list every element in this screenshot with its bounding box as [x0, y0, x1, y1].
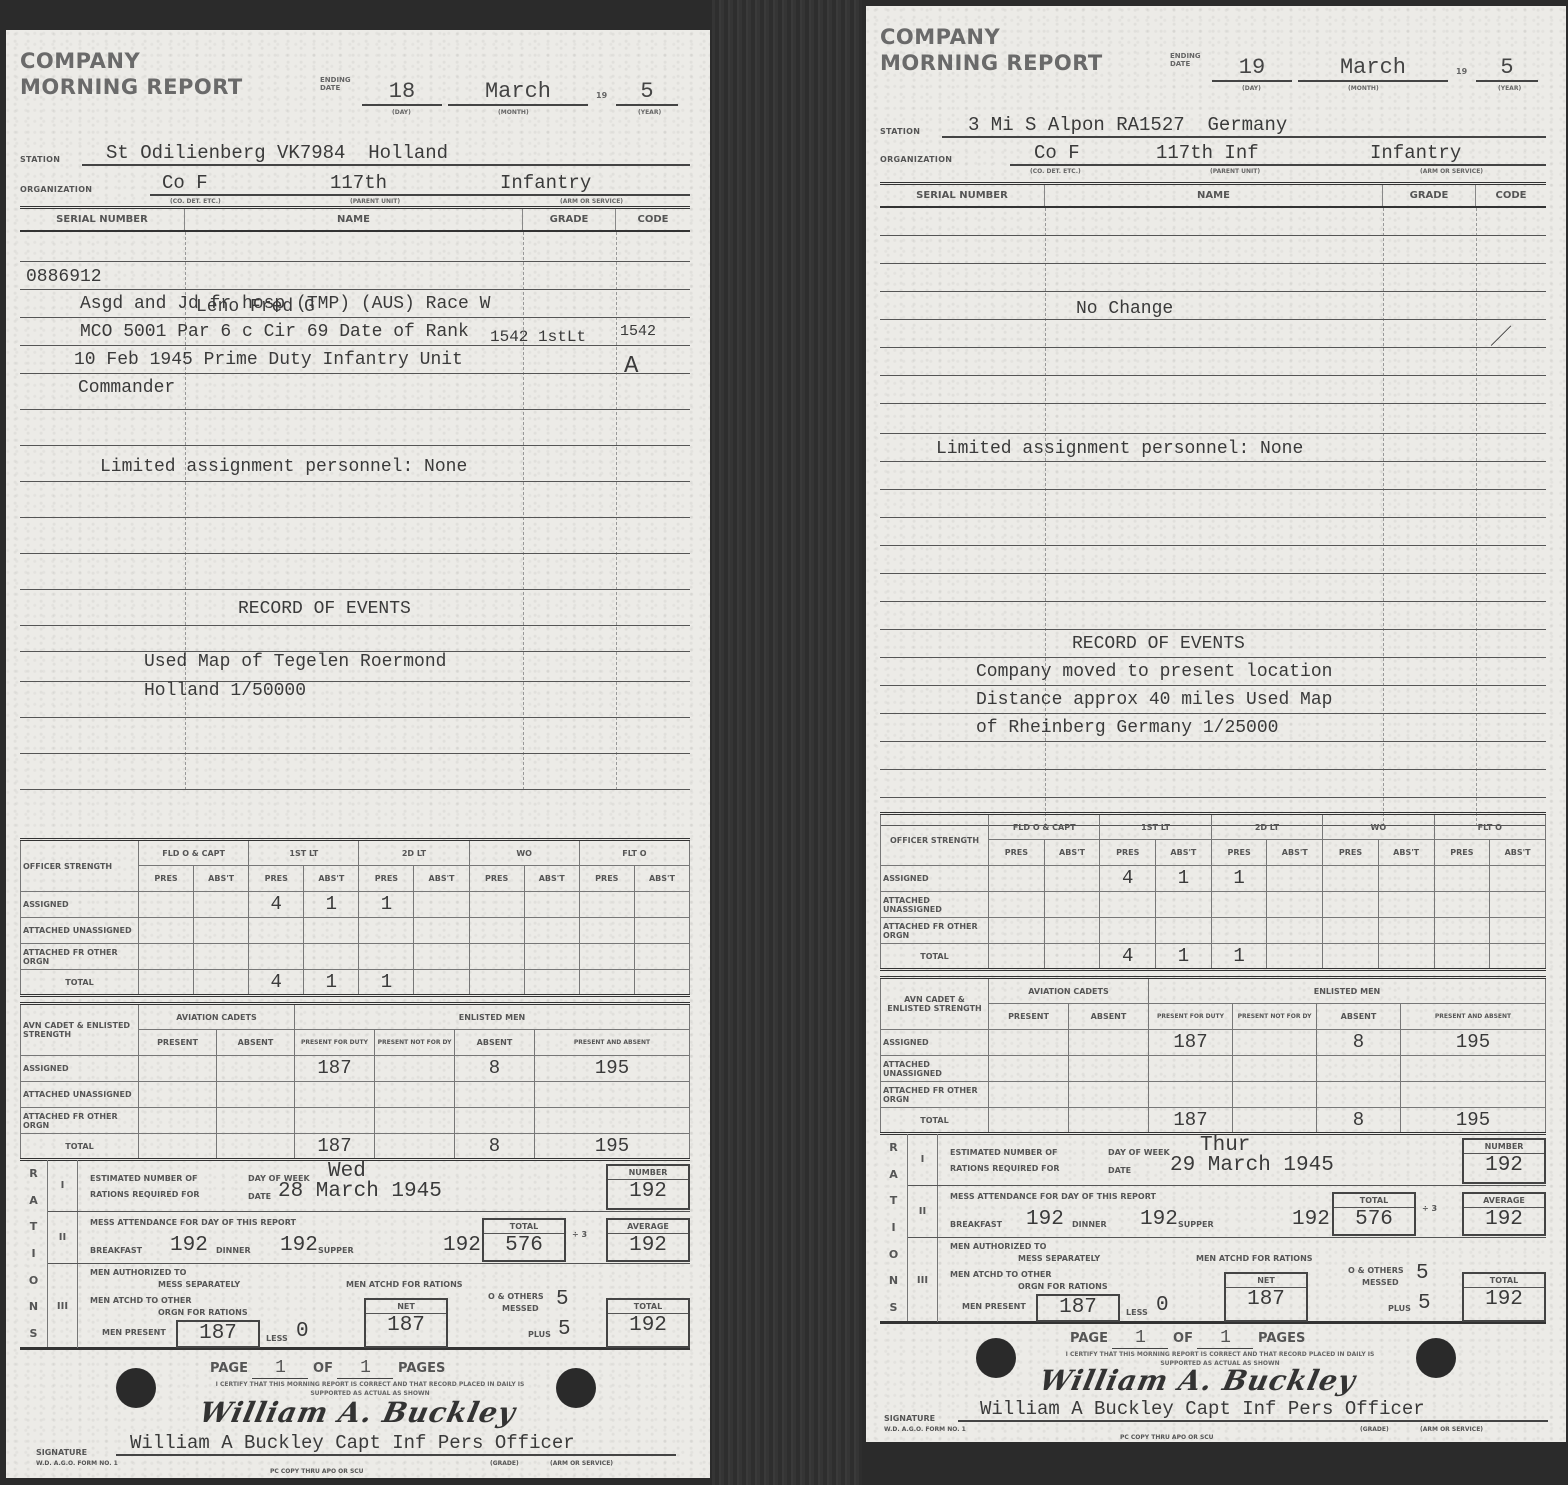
col-serial-number: SERIAL NUMBER [880, 185, 1045, 206]
form-title-line1: COMPANY [880, 24, 1546, 50]
ending-date-label: ENDING DATE [320, 76, 350, 92]
row-label: TOTAL [881, 944, 989, 970]
subcol: PRESENT [989, 1004, 1069, 1030]
record-of-events-title: RECORD OF EVENTS [238, 594, 411, 624]
rations-section-i: I ESTIMATED NUMBER OF RATIONS REQUIRED F… [908, 1134, 1546, 1186]
station-row: STATION St Odilienberg VK7984 Holland [20, 136, 690, 166]
station-value: 3 Mi S Alpon RA1527 Germany [942, 112, 1546, 138]
cell: 187 [1149, 1030, 1233, 1056]
col-grade: GRADE [1383, 185, 1476, 206]
organization-label: ORGANIZATION [880, 155, 952, 164]
row-label: ASSIGNED [881, 866, 989, 892]
mess-total-box: TOTAL 576 [1332, 1192, 1416, 1236]
rations-side-label: RATIONS [20, 1160, 48, 1347]
subcol: PRESENT [139, 1030, 217, 1056]
cell [1434, 944, 1490, 970]
officer-row-total: TOTAL 41 1 [881, 944, 1546, 970]
less-count: 0 [296, 1320, 309, 1343]
blank-row [880, 742, 1546, 770]
station-label: STATION [20, 155, 60, 164]
punch-hole [1416, 1338, 1456, 1378]
enlisted-row-attached-other: ATTACHED FR OTHER ORGN [21, 1108, 690, 1134]
cell [1267, 944, 1323, 970]
ending-year: 5 [1476, 54, 1538, 82]
org-arm-caption: (ARM OR SERVICE) [560, 198, 623, 205]
enlisted-strength-table: AVN CADET & ENLISTED STRENGTH AVIATION C… [20, 1002, 690, 1161]
subcol-abst: ABS'T [194, 866, 249, 892]
cell [1323, 866, 1379, 892]
entry-row: 0886912 Leno Fred G 1542 1stLt A [20, 232, 690, 262]
row-label: TOTAL [21, 970, 139, 996]
rations-total-box: TOTAL 192 [606, 1298, 690, 1348]
ending-day: 18 [362, 78, 442, 106]
cell [634, 970, 689, 996]
subcol-abst: ABS'T [1490, 840, 1546, 866]
row-label: ATTACHED FR OTHER ORGN [881, 1082, 989, 1108]
limited-assignment-row: Limited assignment personnel: None [20, 446, 690, 482]
group-fld-o-capt: FLD O & CAPT [139, 840, 249, 866]
event-row: Used Map of Tegelen Roermond [20, 626, 690, 652]
cell: 8 [1317, 1108, 1401, 1134]
blank-row [20, 554, 690, 590]
cell [1233, 1108, 1317, 1134]
subcol: PRESENT NOT FOR DY [1233, 1004, 1317, 1030]
entry-row: MCO 5001 Par 6 c Cir 69 Date of Rank [20, 290, 690, 318]
group-fld-o-capt: FLD O & CAPT [989, 814, 1100, 840]
blank-row [880, 434, 1546, 462]
subcol-pres: PRES [1100, 840, 1156, 866]
typed-signature: William A Buckley Capt Inf Pers Officer [116, 1432, 676, 1456]
col-code: CODE [1476, 185, 1546, 206]
punch-hole [976, 1338, 1016, 1378]
subcol-abst: ABS'T [1156, 840, 1212, 866]
cell [469, 892, 524, 918]
cell: 195 [535, 1056, 690, 1082]
officer-strength-table: OFFICER STRENGTH FLD O & CAPT 1ST LT 2D … [20, 838, 690, 997]
blank-row [20, 410, 690, 446]
page-count: PAGE 1 OF 1 PAGES [210, 1358, 445, 1379]
cell [1490, 944, 1546, 970]
cell [139, 1134, 217, 1160]
subcol-pres: PRES [1434, 840, 1490, 866]
cell: 1 [1156, 866, 1212, 892]
entry-row: Asgd and Jd fr hosp (TMP) (AUS) Race W 1… [20, 262, 690, 290]
col-name: NAME [185, 209, 523, 230]
officer-strength-table: OFFICER STRENGTH FLD O & CAPT 1ST LT 2D … [880, 812, 1546, 971]
org-unit: Co F [150, 170, 280, 196]
ending-date-label: ENDING DATE [1170, 52, 1200, 68]
cell: 195 [535, 1134, 690, 1160]
cell [1069, 1030, 1149, 1056]
rations-section-iii: III MEN AUTHORIZED TO MESS SEPARATELY ME… [908, 1238, 1546, 1322]
breakfast-count: 192 [1026, 1208, 1064, 1231]
blank-row [20, 682, 690, 718]
subcol-pres: PRES [469, 866, 524, 892]
station-row: STATION 3 Mi S Alpon RA1527 Germany [880, 108, 1546, 138]
organization-row: ORGANIZATION Co F 117th Infantry (CO. DE… [20, 166, 690, 196]
average-box: AVERAGE 192 [606, 1218, 690, 1262]
organization-row: ORGANIZATION Co F 117th Inf Infantry (CO… [880, 136, 1546, 166]
cell [634, 892, 689, 918]
rations-section-ii: II MESS ATTENDANCE FOR DAY OF THIS REPOR… [908, 1186, 1546, 1238]
row-label: TOTAL [21, 1134, 139, 1160]
cell [524, 970, 579, 996]
cell: 1 [1211, 944, 1267, 970]
group-flt-o: FLT O [1434, 814, 1546, 840]
less-count: 0 [1156, 1294, 1169, 1317]
aviation-cadets-label: AVIATION CADETS [989, 978, 1149, 1004]
month-caption: (MONTH) [1348, 85, 1379, 92]
group-flt-o: FLT O [579, 840, 689, 866]
enlisted-men-label: ENLISTED MEN [295, 1004, 690, 1030]
entries-column-header: SERIAL NUMBER NAME GRADE CODE [20, 206, 690, 232]
col-code: CODE [616, 209, 690, 230]
subcol-abst: ABS'T [1378, 840, 1434, 866]
day-caption: (DAY) [392, 109, 411, 116]
record-of-events-title-row: RECORD OF EVENTS [880, 602, 1546, 630]
officers-messed: 5 [1416, 1262, 1429, 1285]
entries-ruled-area: No Change ／ Limited assignment personnel… [880, 208, 1546, 826]
subcol: PRESENT FOR DUTY [1149, 1004, 1233, 1030]
cell [989, 944, 1045, 970]
officer-row-assigned: ASSIGNED 41 1 [881, 866, 1546, 892]
row-label: ASSIGNED [21, 892, 139, 918]
number-box: NUMBER 192 [1462, 1138, 1546, 1184]
group-1st-lt: 1ST LT [1100, 814, 1211, 840]
binding-gutter [712, 0, 862, 1485]
event-row: Company moved to present location [880, 630, 1546, 658]
ending-day: 19 [1212, 54, 1292, 82]
row-label: ATTACHED UNASSIGNED [21, 1082, 139, 1108]
cell: 195 [1401, 1108, 1546, 1134]
limited-assignment: Limited assignment personnel: None [100, 452, 467, 482]
blank-row [880, 574, 1546, 602]
cell [194, 970, 249, 996]
blank-row [20, 754, 690, 790]
cell [414, 970, 469, 996]
personnel-entries: SERIAL NUMBER NAME GRADE CODE 0886912 Le… [20, 206, 690, 790]
cell: 4 [1100, 944, 1156, 970]
event-row: Distance approx 40 miles Used Map [880, 658, 1546, 686]
cell [1233, 1030, 1317, 1056]
entry-row: 10 Feb 1945 Prime Duty Infantry Unit [20, 318, 690, 346]
cell: 187 [295, 1134, 375, 1160]
report-header: COMPANY MORNING REPORT ENDING DATE 18 (D… [20, 48, 690, 198]
year-caption: (YEAR) [1498, 85, 1521, 92]
enlisted-row-attached-unassigned: ATTACHED UNASSIGNED [881, 1056, 1546, 1082]
cell: 1 [304, 892, 359, 918]
subcol: ABSENT [217, 1030, 295, 1056]
cell [989, 866, 1045, 892]
number-box: NUMBER 192 [606, 1164, 690, 1210]
ration-date: 29 March 1945 [1170, 1154, 1334, 1177]
enlisted-strength-label: AVN CADET & ENLISTED STRENGTH [21, 1004, 139, 1056]
rations-section: RATIONS I ESTIMATED NUMBER OF RATIONS RE… [880, 1134, 1546, 1324]
group-1st-lt: 1ST LT [249, 840, 359, 866]
blank-row [20, 482, 690, 518]
ending-month: March [448, 78, 588, 106]
blank-row [880, 714, 1546, 742]
cell [375, 1056, 455, 1082]
col-grade: GRADE [523, 209, 616, 230]
month-caption: (MONTH) [498, 109, 529, 116]
day-caption: (DAY) [1242, 85, 1261, 92]
cell [139, 1056, 217, 1082]
dinner-count: 192 [280, 1234, 318, 1257]
rations-section-ii: II MESS ATTENDANCE FOR DAY OF THIS REPOR… [48, 1212, 690, 1264]
subcol: ABSENT [1317, 1004, 1401, 1030]
men-present-box: 187 [1036, 1294, 1120, 1322]
cell [579, 970, 634, 996]
subcol-pres: PRES [359, 866, 414, 892]
row-label: ATTACHED UNASSIGNED [21, 918, 139, 944]
organization-label: ORGANIZATION [20, 185, 92, 194]
subcol-pres: PRES [989, 840, 1045, 866]
record-of-events-title-row: RECORD OF EVENTS [20, 590, 690, 626]
cell: 1 [304, 970, 359, 996]
enlisted-strength-label: AVN CADET & ENLISTED STRENGTH [881, 978, 989, 1030]
enlisted-row-attached-other: ATTACHED FR OTHER ORGN [881, 1082, 1546, 1108]
station-value: St Odilienberg VK7984 Holland [82, 140, 690, 166]
enlisted-row-attached-unassigned: ATTACHED UNASSIGNED [21, 1082, 690, 1108]
org-arm: Infantry [1330, 140, 1546, 166]
col-serial-number: SERIAL NUMBER [20, 209, 185, 230]
cell: 1 [1211, 866, 1267, 892]
cell: 8 [455, 1056, 535, 1082]
group-wo: WO [1323, 814, 1434, 840]
cell [1323, 944, 1379, 970]
subcol: PRESENT AND ABSENT [535, 1030, 690, 1056]
org-arm-caption: (ARM OR SERVICE) [1420, 168, 1483, 175]
subcol-abst: ABS'T [1044, 840, 1100, 866]
col-name: NAME [1045, 185, 1383, 206]
mess-total-box: TOTAL 576 [482, 1218, 566, 1262]
enlisted-row-assigned: ASSIGNED 187 8 195 [21, 1056, 690, 1082]
entry-row: Commander [20, 346, 690, 374]
report-footer: PAGE 1 OF 1 PAGES I CERTIFY THAT THIS MO… [20, 1356, 690, 1476]
year-caption: (YEAR) [638, 109, 661, 116]
blank-row [880, 770, 1546, 798]
group-2d-lt: 2D LT [1211, 814, 1322, 840]
group-wo: WO [469, 840, 579, 866]
cell: 187 [1149, 1108, 1233, 1134]
officer-row-attached-unassigned: ATTACHED UNASSIGNED [881, 892, 1546, 918]
row-label: ATTACHED FR OTHER ORGN [881, 918, 989, 944]
punch-hole [556, 1368, 596, 1408]
enlisted-row-total: TOTAL 187 8 195 [21, 1134, 690, 1160]
officer-row-attached-other: ATTACHED FR OTHER ORGN [21, 944, 690, 970]
subcol-pres: PRES [1211, 840, 1267, 866]
subcol: PRESENT AND ABSENT [1401, 1004, 1546, 1030]
entries-ruled-area: 0886912 Leno Fred G 1542 1stLt A Asgd an… [20, 232, 690, 790]
cell: 195 [1401, 1030, 1546, 1056]
blank-row [880, 292, 1546, 320]
cell: 187 [295, 1056, 375, 1082]
cell [989, 1108, 1069, 1134]
cell: 1 [359, 892, 414, 918]
supper-count: 192 [1292, 1208, 1330, 1231]
cell: 8 [1317, 1030, 1401, 1056]
blank-row [880, 490, 1546, 518]
subcol: PRESENT NOT FOR DY [375, 1030, 455, 1056]
page-count: PAGE 1 OF 1 PAGES [1070, 1328, 1305, 1349]
report-footer: PAGE 1 OF 1 PAGES I CERTIFY THAT THIS MO… [880, 1328, 1546, 1442]
blank-row [880, 462, 1546, 490]
blank-row [880, 376, 1546, 404]
officer-strength-label: OFFICER STRENGTH [21, 840, 139, 892]
plus-count: 5 [1418, 1292, 1431, 1315]
blank-row [880, 518, 1546, 546]
morning-report-card-18-march: COMPANY MORNING REPORT ENDING DATE 18 (D… [6, 30, 710, 1478]
org-unit-caption: (CO. DET. ETC.) [1030, 168, 1081, 175]
rations-side-label: RATIONS [880, 1134, 908, 1321]
net-box: NET 187 [364, 1298, 448, 1348]
men-present-box: 187 [176, 1320, 260, 1348]
cell [989, 1030, 1069, 1056]
subcol: PRESENT FOR DUTY [295, 1030, 375, 1056]
cell: 4 [249, 970, 304, 996]
entries-column-header: SERIAL NUMBER NAME GRADE CODE [880, 182, 1546, 208]
cell: 4 [1100, 866, 1156, 892]
cell [1378, 944, 1434, 970]
ending-year: 5 [616, 78, 678, 106]
row-label: ASSIGNED [21, 1056, 139, 1082]
row-label: ATTACHED FR OTHER ORGN [21, 944, 139, 970]
personnel-entries: SERIAL NUMBER NAME GRADE CODE No Change … [880, 182, 1546, 826]
station-label: STATION [880, 127, 920, 136]
subcol-pres: PRES [139, 866, 194, 892]
cell [524, 892, 579, 918]
ration-date: 28 March 1945 [278, 1180, 442, 1203]
subcol-abst: ABS'T [414, 866, 469, 892]
morning-report-card-19-march: COMPANY MORNING REPORT ENDING DATE 19 (D… [866, 6, 1566, 1442]
rations-section-iii: III MEN AUTHORIZED TO MESS SEPARATELY ME… [48, 1264, 690, 1348]
cell [375, 1134, 455, 1160]
cell: 8 [455, 1134, 535, 1160]
aviation-cadets-label: AVIATION CADETS [139, 1004, 295, 1030]
enlisted-men-label: ENLISTED MEN [1149, 978, 1546, 1004]
blank-row [20, 374, 690, 410]
officer-row-attached-other: ATTACHED FR OTHER ORGN [881, 918, 1546, 944]
entry-row: No Change ／ [880, 264, 1546, 292]
officer-row-total: TOTAL 41 1 [21, 970, 690, 996]
cell [217, 1056, 295, 1082]
org-parent-caption: (PARENT UNIT) [350, 198, 400, 205]
cell [1069, 1108, 1149, 1134]
subcol-abst: ABS'T [1267, 840, 1323, 866]
subcol: ABSENT [455, 1030, 535, 1056]
officer-row-attached-unassigned: ATTACHED UNASSIGNED [21, 918, 690, 944]
cell [1434, 866, 1490, 892]
enlisted-row-assigned: ASSIGNED 187 8 195 [881, 1030, 1546, 1056]
group-2d-lt: 2D LT [359, 840, 469, 866]
subcol-pres: PRES [579, 866, 634, 892]
cell: 1 [359, 970, 414, 996]
row-label: ASSIGNED [881, 1030, 989, 1056]
handwritten-signature: William A. Buckley [1036, 1364, 1358, 1397]
cell: 1 [1156, 944, 1212, 970]
org-unit: Co F [1010, 140, 1140, 166]
subcol-abst: ABS'T [634, 866, 689, 892]
cell [469, 970, 524, 996]
cell [1267, 866, 1323, 892]
rations-section-i: I ESTIMATED NUMBER OF RATIONS REQUIRED F… [48, 1160, 690, 1212]
handwritten-signature: William A. Buckley [196, 1396, 518, 1429]
event-row: Holland 1/50000 [20, 652, 690, 682]
typed-signature: William A Buckley Capt Inf Pers Officer [958, 1398, 1548, 1422]
org-unit-caption: (CO. DET. ETC.) [170, 198, 221, 205]
punch-hole [116, 1368, 156, 1408]
subcol-abst: ABS'T [304, 866, 359, 892]
blank-row [880, 348, 1546, 376]
subcol-pres: PRES [1323, 840, 1379, 866]
subcol-abst: ABS'T [524, 866, 579, 892]
org-arm: Infantry [470, 170, 690, 196]
cell: 4 [249, 892, 304, 918]
cell [1490, 866, 1546, 892]
rations-total-box: TOTAL 192 [1462, 1272, 1546, 1322]
form-title-line1: COMPANY [20, 48, 690, 74]
blank-row [20, 718, 690, 754]
officer-strength-label: OFFICER STRENGTH [881, 814, 989, 866]
cell [139, 970, 194, 996]
blank-row [880, 320, 1546, 348]
cell [579, 892, 634, 918]
cell [1044, 944, 1100, 970]
row-label: ATTACHED UNASSIGNED [881, 892, 989, 918]
limited-assignment-row: Limited assignment personnel: None [880, 404, 1546, 434]
ending-month: March [1298, 54, 1448, 82]
rations-section: RATIONS I ESTIMATED NUMBER OF RATIONS RE… [20, 1160, 690, 1350]
org-parent-caption: (PARENT UNIT) [1210, 168, 1260, 175]
row-label: ATTACHED FR OTHER ORGN [21, 1108, 139, 1134]
enlisted-row-total: TOTAL 187 8 195 [881, 1108, 1546, 1134]
row-label: ATTACHED UNASSIGNED [881, 1056, 989, 1082]
ending-date: ENDING DATE 19 (DAY) March (MONTH) 19 5 … [1170, 54, 1550, 86]
cell [217, 1134, 295, 1160]
blank-row [880, 236, 1546, 264]
subcol-pres: PRES [249, 866, 304, 892]
cell [1044, 866, 1100, 892]
officer-row-assigned: ASSIGNED 41 1 [21, 892, 690, 918]
event-row: of Rheinberg Germany 1/25000 [880, 686, 1546, 714]
officers-messed: 5 [556, 1288, 569, 1311]
breakfast-count: 192 [170, 1234, 208, 1257]
blank-row [880, 208, 1546, 236]
dinner-count: 192 [1140, 1208, 1178, 1231]
supper-count: 192 [443, 1234, 481, 1257]
cell [194, 892, 249, 918]
net-box: NET 187 [1224, 1272, 1308, 1322]
cell [414, 892, 469, 918]
org-parent: 117th Inf [1140, 140, 1330, 166]
blank-row [20, 518, 690, 554]
report-header: COMPANY MORNING REPORT ENDING DATE 19 (D… [880, 24, 1546, 174]
cell [1378, 866, 1434, 892]
row-label: TOTAL [881, 1108, 989, 1134]
average-box: AVERAGE 192 [1462, 1192, 1546, 1236]
ending-date: ENDING DATE 18 (DAY) March (MONTH) 19 5 … [320, 78, 700, 110]
enlisted-strength-table: AVN CADET & ENLISTED STRENGTH AVIATION C… [880, 976, 1546, 1135]
org-parent: 117th [280, 170, 470, 196]
plus-count: 5 [558, 1318, 571, 1341]
cell [139, 892, 194, 918]
blank-row [880, 546, 1546, 574]
subcol: ABSENT [1069, 1004, 1149, 1030]
